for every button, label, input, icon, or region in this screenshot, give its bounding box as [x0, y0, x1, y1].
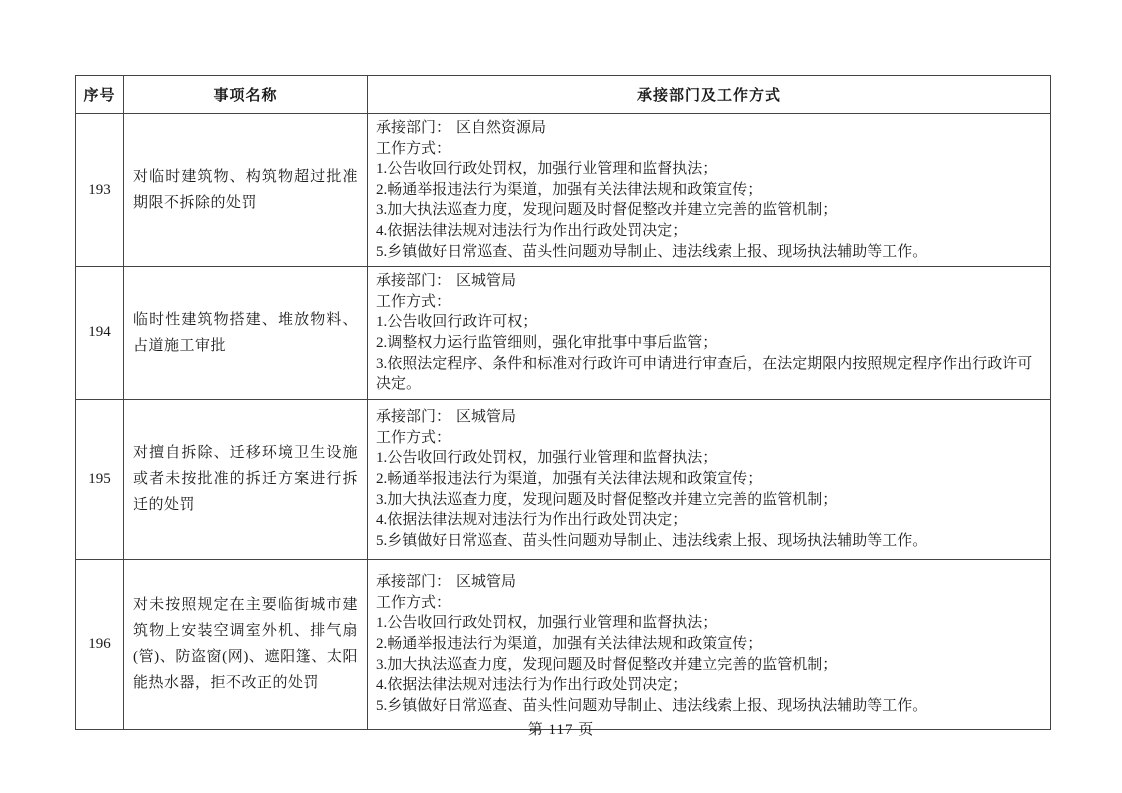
method-cell: 承接部门：区城管局 工作方式： 1.公告收回行政许可权；2.调整权力运行监管细则… [368, 267, 1051, 400]
header-method: 承接部门及工作方式 [368, 76, 1051, 114]
department-label: 承接部门： [376, 273, 451, 289]
method-line: 1.公告收回行政处罚权，加强行业管理和监督执法； [376, 448, 1040, 469]
method-lines: 1.公告收回行政处罚权，加强行业管理和监督执法；2.畅通举报违法行为渠道，加强有… [376, 448, 1040, 551]
header-item-name: 事项名称 [124, 76, 368, 114]
method-line: 2.畅通举报违法行为渠道，加强有关法律法规和政策宣传； [376, 634, 1040, 655]
method-line: 2.畅通举报违法行为渠道，加强有关法律法规和政策宣传； [376, 469, 1040, 490]
department-value: 区城管局 [456, 574, 516, 590]
method-line: 1.公告收回行政处罚权，加强行业管理和监督执法； [376, 159, 1040, 180]
method-line: 1.公告收回行政许可权； [376, 312, 1040, 333]
page-number: 第 117 页 [0, 718, 1122, 739]
department-label: 承接部门： [376, 409, 451, 425]
seq-cell: 194 [76, 267, 124, 400]
work-method-label: 工作方式： [376, 428, 1040, 449]
department-label: 承接部门： [376, 574, 451, 590]
header-seq: 序号 [76, 76, 124, 114]
department-value: 区城管局 [456, 409, 516, 425]
method-cell: 承接部门：区城管局 工作方式： 1.公告收回行政处罚权，加强行业管理和监督执法；… [368, 559, 1051, 729]
header-row: 序号 事项名称 承接部门及工作方式 [76, 76, 1051, 114]
work-method-label: 工作方式： [376, 292, 1040, 313]
items-table: 序号 事项名称 承接部门及工作方式 193 对临时建筑物、构筑物超过批准期限不拆… [75, 75, 1051, 730]
department-line: 承接部门：区自然资源局 [376, 118, 1040, 139]
department-label: 承接部门： [376, 120, 451, 136]
work-method-label: 工作方式： [376, 593, 1040, 614]
method-line: 3.加大执法巡查力度，发现问题及时督促整改并建立完善的监管机制； [376, 490, 1040, 511]
department-line: 承接部门：区城管局 [376, 407, 1040, 428]
method-line: 2.畅通举报违法行为渠道，加强有关法律法规和政策宣传； [376, 180, 1040, 201]
department-value: 区自然资源局 [456, 120, 546, 136]
method-line: 5.乡镇做好日常巡查、苗头性问题劝导制止、违法线索上报、现场执法辅助等工作。 [376, 696, 1040, 717]
method-cell: 承接部门：区自然资源局 工作方式： 1.公告收回行政处罚权，加强行业管理和监督执… [368, 114, 1051, 267]
table-body: 193 对临时建筑物、构筑物超过批准期限不拆除的处罚 承接部门：区自然资源局 工… [76, 114, 1051, 730]
method-line: 3.加大执法巡查力度，发现问题及时督促整改并建立完善的监管机制； [376, 655, 1040, 676]
method-line: 2.调整权力运行监管细则，强化审批事中事后监管； [376, 333, 1040, 354]
method-line: 4.依据法律法规对违法行为作出行政处罚决定； [376, 675, 1040, 696]
method-cell: 承接部门：区城管局 工作方式： 1.公告收回行政处罚权，加强行业管理和监督执法；… [368, 399, 1051, 559]
table-row: 194 临时性建筑物搭建、堆放物料、占道施工审批 承接部门：区城管局 工作方式：… [76, 267, 1051, 400]
method-line: 4.依据法律法规对违法行为作出行政处罚决定； [376, 510, 1040, 531]
method-line: 3.依照法定程序、条件和标准对行政许可申请进行审查后，在法定期限内按照规定程序作… [376, 354, 1040, 395]
department-value: 区城管局 [456, 273, 516, 289]
department-line: 承接部门：区城管局 [376, 271, 1040, 292]
work-method-label: 工作方式： [376, 139, 1040, 160]
item-name-cell: 对临时建筑物、构筑物超过批准期限不拆除的处罚 [124, 114, 368, 267]
seq-cell: 196 [76, 559, 124, 729]
item-name-cell: 临时性建筑物搭建、堆放物料、占道施工审批 [124, 267, 368, 400]
document-page: 序号 事项名称 承接部门及工作方式 193 对临时建筑物、构筑物超过批准期限不拆… [0, 0, 1122, 793]
item-name-cell: 对未按照规定在主要临街城市建筑物上安装空调室外机、排气扇(管)、防盗窗(网)、遮… [124, 559, 368, 729]
department-line: 承接部门：区城管局 [376, 572, 1040, 593]
method-lines: 1.公告收回行政处罚权，加强行业管理和监督执法；2.畅通举报违法行为渠道，加强有… [376, 159, 1040, 262]
method-line: 4.依据法律法规对违法行为作出行政处罚决定； [376, 221, 1040, 242]
method-line: 5.乡镇做好日常巡查、苗头性问题劝导制止、违法线索上报、现场执法辅助等工作。 [376, 242, 1040, 263]
seq-cell: 193 [76, 114, 124, 267]
item-name-cell: 对擅自拆除、迁移环境卫生设施或者未按批准的拆迁方案进行拆迁的处罚 [124, 399, 368, 559]
method-line: 5.乡镇做好日常巡查、苗头性问题劝导制止、违法线索上报、现场执法辅助等工作。 [376, 531, 1040, 552]
method-line: 1.公告收回行政处罚权，加强行业管理和监督执法； [376, 613, 1040, 634]
method-lines: 1.公告收回行政处罚权，加强行业管理和监督执法；2.畅通举报违法行为渠道，加强有… [376, 613, 1040, 716]
table-row: 193 对临时建筑物、构筑物超过批准期限不拆除的处罚 承接部门：区自然资源局 工… [76, 114, 1051, 267]
method-line: 3.加大执法巡查力度，发现问题及时督促整改并建立完善的监管机制； [376, 200, 1040, 221]
seq-cell: 195 [76, 399, 124, 559]
table-row: 195 对擅自拆除、迁移环境卫生设施或者未按批准的拆迁方案进行拆迁的处罚 承接部… [76, 399, 1051, 559]
method-lines: 1.公告收回行政许可权；2.调整权力运行监管细则，强化审批事中事后监管；3.依照… [376, 312, 1040, 394]
table-row: 196 对未按照规定在主要临街城市建筑物上安装空调室外机、排气扇(管)、防盗窗(… [76, 559, 1051, 729]
